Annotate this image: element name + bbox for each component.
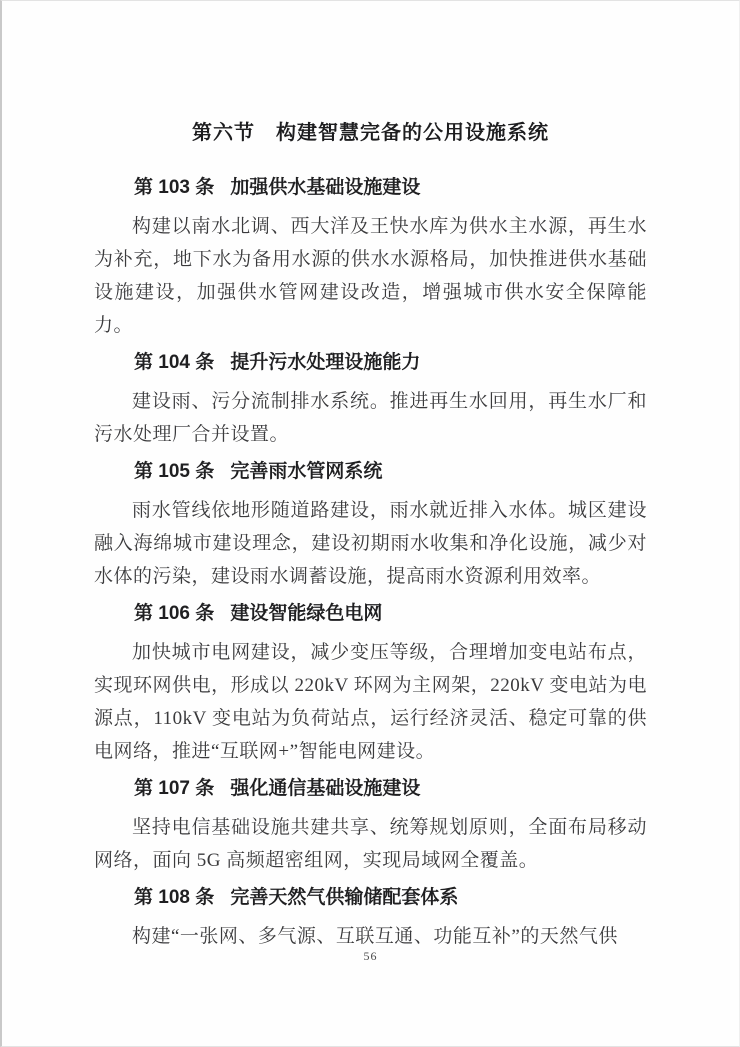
article-number: 第 108 条: [134, 887, 214, 908]
document-page: 第六节 构建智慧完备的公用设施系统 第 103 条加强供水基础设施建设 构建以南…: [0, 0, 740, 1047]
article-107: 第 107 条强化通信基础设施建设 坚持电信基础设施共建共享、统筹规划原则，全面…: [94, 772, 647, 877]
article-heading: 第 106 条建设智能绿色电网: [94, 597, 647, 630]
article-title: 建设智能绿色电网: [230, 603, 382, 624]
article-body: 加快城市电网建设，减少变压等级，合理增加变电站布点，实现环网供电，形成以 220…: [94, 636, 647, 768]
article-title: 强化通信基础设施建设: [230, 778, 420, 799]
article-body: 构建以南水北调、西大洋及王快水库为供水主水源，再生水为补充，地下水为备用水源的供…: [94, 210, 647, 342]
section-title: 第六节 构建智慧完备的公用设施系统: [94, 119, 647, 147]
article-number: 第 104 条: [134, 352, 214, 373]
article-title: 提升污水处理设施能力: [230, 352, 420, 373]
article-number: 第 103 条: [134, 177, 214, 198]
article-heading: 第 103 条加强供水基础设施建设: [94, 171, 647, 204]
article-number: 第 107 条: [134, 778, 214, 799]
article-103: 第 103 条加强供水基础设施建设 构建以南水北调、西大洋及王快水库为供水主水源…: [94, 171, 647, 342]
article-108: 第 108 条完善天然气供输储配套体系 构建“一张网、多气源、互联互通、功能互补…: [94, 881, 647, 953]
article-body: 雨水管线依地形随道路建设，雨水就近排入水体。城区建设融入海绵城市建设理念，建设初…: [94, 494, 647, 593]
article-105: 第 105 条完善雨水管网系统 雨水管线依地形随道路建设，雨水就近排入水体。城区…: [94, 455, 647, 593]
article-body: 坚持电信基础设施共建共享、统筹规划原则，全面布局移动网络，面向 5G 高频超密组…: [94, 811, 647, 877]
article-104: 第 104 条提升污水处理设施能力 建设雨、污分流制排水系统。推进再生水回用，再…: [94, 346, 647, 451]
article-title: 完善天然气供输储配套体系: [230, 887, 458, 908]
page-number: 56: [2, 949, 739, 964]
article-number: 第 105 条: [134, 461, 214, 482]
article-heading: 第 105 条完善雨水管网系统: [94, 455, 647, 488]
article-title: 加强供水基础设施建设: [230, 177, 420, 198]
article-body: 建设雨、污分流制排水系统。推进再生水回用，再生水厂和污水处理厂合并设置。: [94, 385, 647, 451]
article-heading: 第 107 条强化通信基础设施建设: [94, 772, 647, 805]
article-number: 第 106 条: [134, 603, 214, 624]
article-heading: 第 108 条完善天然气供输储配套体系: [94, 881, 647, 914]
article-title: 完善雨水管网系统: [230, 461, 382, 482]
article-106: 第 106 条建设智能绿色电网 加快城市电网建设，减少变压等级，合理增加变电站布…: [94, 597, 647, 768]
article-heading: 第 104 条提升污水处理设施能力: [94, 346, 647, 379]
